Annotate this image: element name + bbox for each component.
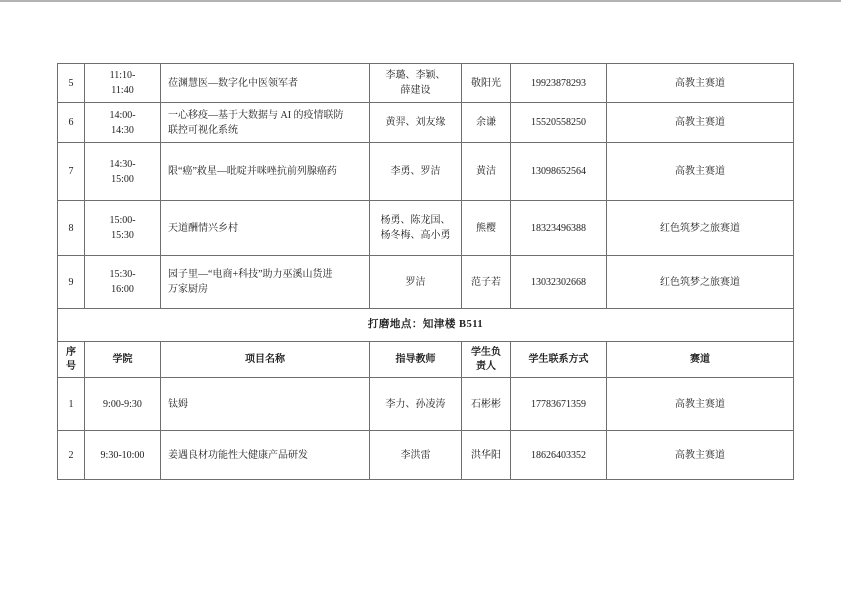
advisors-cell: 罗洁 [370, 256, 462, 309]
document-page: 5 11:10- 11:40 莅渊慧医—数字化中医领军者 李璐、李颖、 薛建设 … [0, 0, 841, 595]
header-advisor: 指导教师 [370, 342, 462, 378]
schedule-table: 5 11:10- 11:40 莅渊慧医—数字化中医领军者 李璐、李颖、 薛建设 … [57, 63, 794, 480]
student-lead-cell: 石彬彬 [462, 378, 511, 431]
project-name-cell: 园子里—“电商+科技”助力巫溪山货进 万家厨房 [161, 256, 370, 309]
schedule-row: 7 14:30- 15:00 限“癌”救星—吡啶并咪唑抗前列腺癌药 李勇、罗洁 … [58, 143, 794, 201]
student-lead-cell: 熊樱 [462, 201, 511, 256]
row-number-cell: 7 [58, 143, 85, 201]
track-cell: 红色筑梦之旅赛道 [607, 256, 794, 309]
row-number-cell: 2 [58, 431, 85, 480]
student-lead-cell: 洪华阳 [462, 431, 511, 480]
row-number-cell: 8 [58, 201, 85, 256]
advisors-cell: 李力、孙凌涛 [370, 378, 462, 431]
row-number-cell: 5 [58, 64, 85, 103]
time-cell: 14:00- 14:30 [85, 103, 161, 143]
contact-cell: 18323496388 [511, 201, 607, 256]
advisors-cell: 李勇、罗洁 [370, 143, 462, 201]
schedule-row: 9 15:30- 16:00 园子里—“电商+科技”助力巫溪山货进 万家厨房 罗… [58, 256, 794, 309]
advisors-cell: 杨勇、陈龙国、 杨冬梅、高小勇 [370, 201, 462, 256]
contact-cell: 13098652564 [511, 143, 607, 201]
row-number-cell: 9 [58, 256, 85, 309]
schedule-row: 1 9:00-9:30 钛姆 李力、孙凌涛 石彬彬 17783671359 高教… [58, 378, 794, 431]
time-cell: 11:10- 11:40 [85, 64, 161, 103]
project-name-cell: 莅渊慧医—数字化中医领军者 [161, 64, 370, 103]
schedule-row: 6 14:00- 14:30 一心移疫—基于大数据与 AI 的疫情联防 联控可视… [58, 103, 794, 143]
contact-cell: 13032302668 [511, 256, 607, 309]
project-name-cell: 钛姆 [161, 378, 370, 431]
advisors-cell: 李洪雷 [370, 431, 462, 480]
contact-cell: 18626403352 [511, 431, 607, 480]
header-student-lead: 学生负 责人 [462, 342, 511, 378]
project-name-cell: 限“癌”救星—吡啶并咪唑抗前列腺癌药 [161, 143, 370, 201]
schedule-row: 5 11:10- 11:40 莅渊慧医—数字化中医领军者 李璐、李颖、 薛建设 … [58, 64, 794, 103]
advisors-cell: 李璐、李颖、 薛建设 [370, 64, 462, 103]
contact-cell: 17783671359 [511, 378, 607, 431]
time-cell: 15:30- 16:00 [85, 256, 161, 309]
student-lead-cell: 敬阳光 [462, 64, 511, 103]
time-cell: 14:30- 15:00 [85, 143, 161, 201]
contact-cell: 19923878293 [511, 64, 607, 103]
track-cell: 高教主赛道 [607, 103, 794, 143]
track-cell: 高教主赛道 [607, 431, 794, 480]
contact-cell: 15520558250 [511, 103, 607, 143]
time-cell: 9:00-9:30 [85, 378, 161, 431]
student-lead-cell: 黄洁 [462, 143, 511, 201]
student-lead-cell: 范子若 [462, 256, 511, 309]
header-college: 学院 [85, 342, 161, 378]
divider-and-header: 打磨地点：知津楼 B511 序 号 学院 项目名称 指导教师 学生负 责人 学生… [58, 309, 794, 378]
section-divider-row: 打磨地点：知津楼 B511 [58, 309, 794, 342]
header-project-name: 项目名称 [161, 342, 370, 378]
track-cell: 高教主赛道 [607, 378, 794, 431]
time-cell: 9:30-10:00 [85, 431, 161, 480]
track-cell: 高教主赛道 [607, 143, 794, 201]
advisors-cell: 黄羿、刘友缘 [370, 103, 462, 143]
schedule-row: 2 9:30-10:00 姜遇良材功能性大健康产品研发 李洪雷 洪华阳 1862… [58, 431, 794, 480]
header-student-contact: 学生联系方式 [511, 342, 607, 378]
section-divider-title: 打磨地点：知津楼 B511 [58, 309, 794, 342]
track-cell: 高教主赛道 [607, 64, 794, 103]
header-row-number: 序 号 [58, 342, 85, 378]
schedule-rows-after-divider: 1 9:00-9:30 钛姆 李力、孙凌涛 石彬彬 17783671359 高教… [58, 378, 794, 480]
project-name-cell: 一心移疫—基于大数据与 AI 的疫情联防 联控可视化系统 [161, 103, 370, 143]
time-cell: 15:00- 15:30 [85, 201, 161, 256]
row-number-cell: 6 [58, 103, 85, 143]
track-cell: 红色筑梦之旅赛道 [607, 201, 794, 256]
header-track: 赛道 [607, 342, 794, 378]
project-name-cell: 天道酬情兴乡村 [161, 201, 370, 256]
schedule-row: 8 15:00- 15:30 天道酬情兴乡村 杨勇、陈龙国、 杨冬梅、高小勇 熊… [58, 201, 794, 256]
project-name-cell: 姜遇良材功能性大健康产品研发 [161, 431, 370, 480]
row-number-cell: 1 [58, 378, 85, 431]
student-lead-cell: 余谦 [462, 103, 511, 143]
schedule-rows-before-divider: 5 11:10- 11:40 莅渊慧医—数字化中医领军者 李璐、李颖、 薛建设 … [58, 64, 794, 309]
table-header-row: 序 号 学院 项目名称 指导教师 学生负 责人 学生联系方式 赛道 [58, 342, 794, 378]
